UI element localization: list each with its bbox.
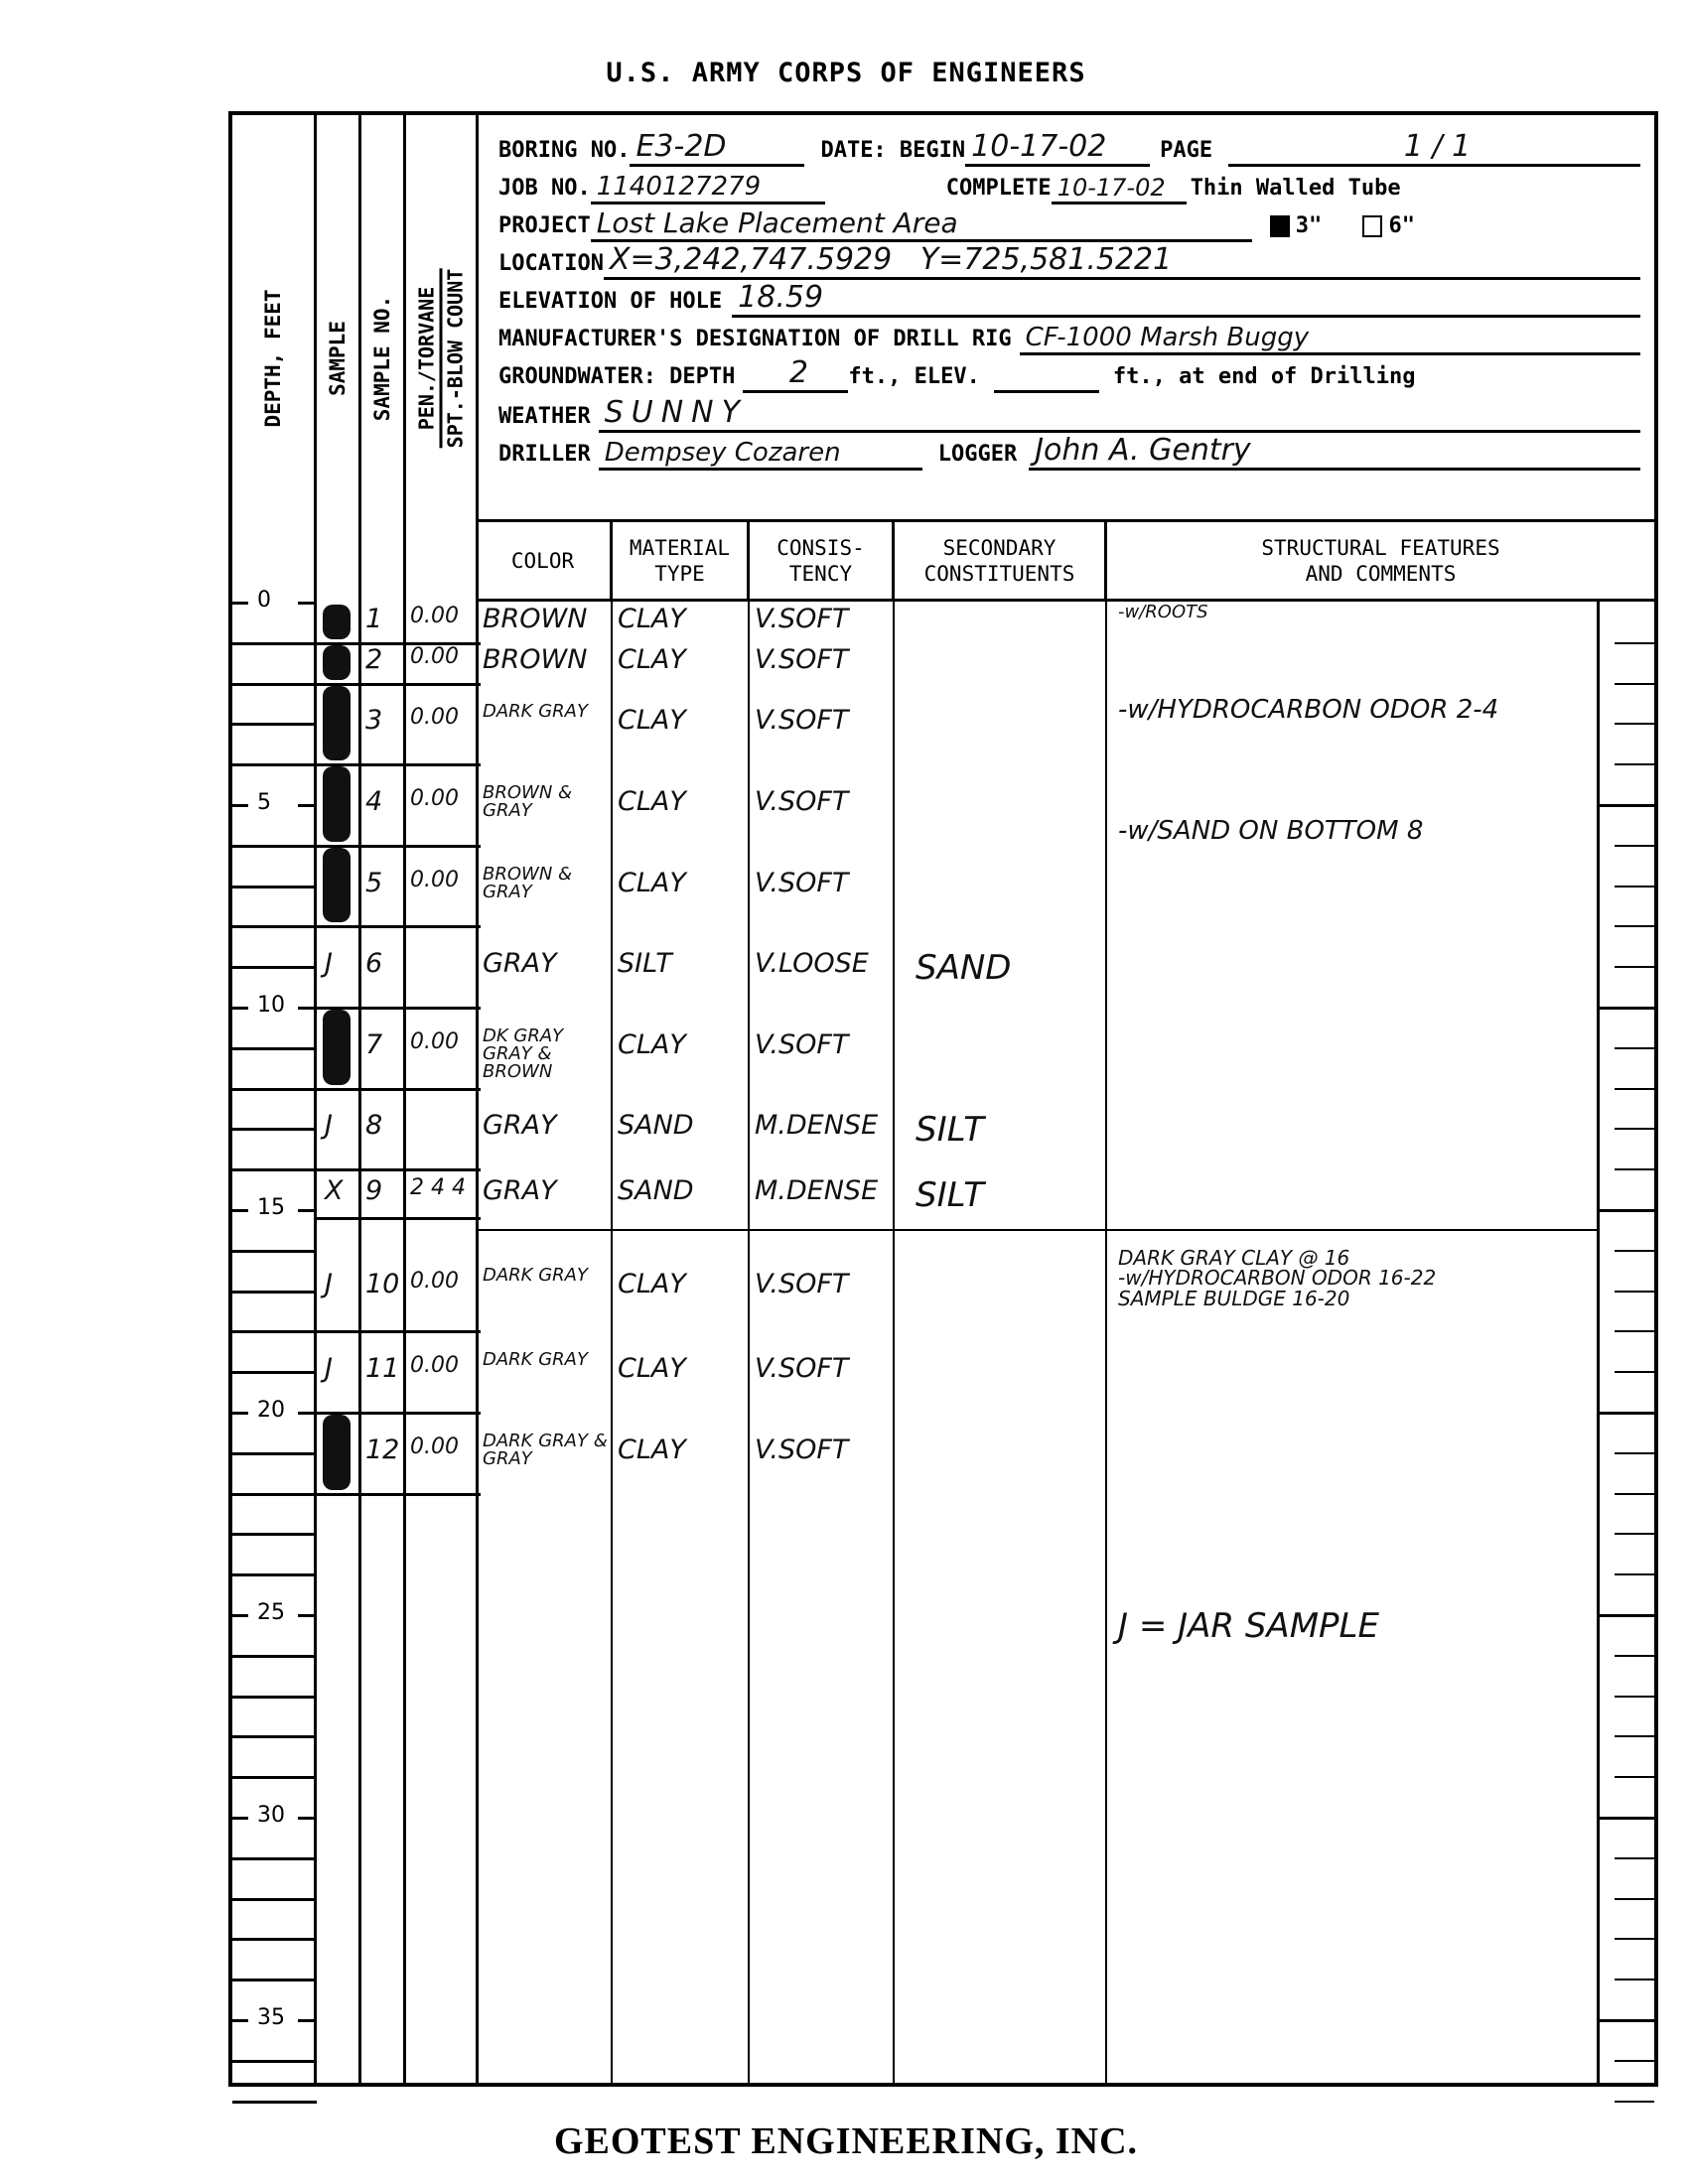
material-value: CLAY	[618, 705, 746, 736]
tube-sample-marker	[323, 848, 351, 923]
material-value: CLAY	[618, 1353, 746, 1384]
depth-label: 15	[254, 1195, 288, 1220]
secondary-header: SECONDARYCONSTITUENTS	[895, 522, 1107, 602]
sample-header: SAMPLE	[326, 321, 350, 396]
structural-header: STRUCTURAL FEATURESAND COMMENTS	[1107, 522, 1654, 602]
color-value: BROWN & GRAY	[483, 866, 609, 901]
elevation-field[interactable]: 18.59	[732, 279, 1640, 318]
material-value: CLAY	[618, 644, 746, 675]
color-value: DARK GRAY	[483, 703, 609, 721]
consistency-value: M.DENSE	[755, 1175, 891, 1206]
tube-6in-checkbox[interactable]	[1362, 215, 1382, 237]
pen-value: 0.00	[410, 604, 474, 628]
pen-value: 0.00	[410, 786, 474, 811]
spt-sample-marker: X	[325, 1175, 344, 1206]
depth-column: DEPTH, FEET	[232, 115, 317, 2083]
pen-value: 0.00	[410, 705, 474, 730]
boring-info: BORING NO. E3-2D DATE: BEGIN 10-17-02 PA…	[476, 115, 1654, 522]
material-value: CLAY	[618, 868, 746, 898]
pen-value: 0.00	[410, 1434, 474, 1459]
sample-no-column: SAMPLE NO.	[361, 115, 406, 2083]
tube-sample-marker	[323, 686, 351, 761]
driller-field[interactable]: Dempsey Cozaren	[599, 432, 922, 471]
color-value: BROWN & GRAY	[483, 784, 609, 820]
material-header: MATERIALTYPE	[613, 522, 750, 602]
sample-number: 8	[365, 1110, 404, 1141]
boring-no-field[interactable]: E3-2D	[630, 128, 804, 167]
pen-value: 0.00	[410, 1353, 474, 1378]
secondary-value: SAND	[916, 948, 1119, 988]
material-value: CLAY	[618, 1434, 746, 1465]
depth-label: 20	[254, 1398, 288, 1423]
jar-sample-marker: J	[325, 1110, 333, 1141]
consistency-value: V.SOFT	[755, 1029, 891, 1060]
date-begin-field[interactable]: 10-17-02	[965, 128, 1150, 167]
depth-header: DEPTH, FEET	[261, 289, 285, 427]
pen-value: 0.00	[410, 1029, 474, 1054]
material-value: CLAY	[618, 604, 746, 634]
sample-number: 10	[365, 1269, 404, 1299]
sample-number: 5	[365, 868, 404, 898]
material-value: CLAY	[618, 1029, 746, 1060]
material-value: SILT	[618, 948, 746, 979]
color-value: GRAY	[483, 1175, 609, 1206]
material-value: SAND	[618, 1110, 746, 1141]
sample-number: 11	[365, 1353, 404, 1384]
color-value: BROWN	[483, 604, 609, 634]
sample-number: 12	[365, 1434, 404, 1465]
groundwater-depth-field[interactable]: 2	[743, 354, 848, 393]
sample-number: 9	[365, 1175, 404, 1206]
logger-field[interactable]: John A. Gentry	[1029, 432, 1640, 471]
consistency-value: V.SOFT	[755, 1353, 891, 1384]
consistency-value: V.LOOSE	[755, 948, 891, 979]
color-value: GRAY	[483, 1110, 609, 1141]
tube-sample-marker	[323, 1415, 351, 1490]
depth-label: 30	[254, 1803, 288, 1828]
job-no-field[interactable]: 1140127279	[591, 166, 825, 205]
material-value: CLAY	[618, 1269, 746, 1299]
color-value: GRAY	[483, 948, 609, 979]
boring-log-form: DEPTH, FEET SAMPLE SAMPLE NO. PEN./TORVA…	[228, 111, 1658, 2087]
comment-text: -w/ROOTS	[1118, 602, 1208, 622]
comment-text: -w/SAND ON BOTTOM 8	[1118, 816, 1423, 846]
consistency-value: V.SOFT	[755, 644, 891, 675]
depth-label: 35	[254, 2005, 288, 2030]
color-value: DARK GRAY	[483, 1267, 609, 1285]
page-field[interactable]: 1 / 1	[1228, 128, 1640, 167]
depth-label: 0	[254, 588, 274, 613]
sample-column: SAMPLE	[317, 115, 361, 2083]
tube-sample-marker	[323, 1010, 351, 1085]
comment-text: -w/HYDROCARBON ODOR 2-4	[1118, 695, 1498, 725]
material-value: CLAY	[618, 786, 746, 817]
sample-number: 1	[365, 604, 404, 634]
pen-spt-column: PEN./TORVANE SPT.-BLOW COUNT	[406, 115, 479, 2083]
sample-number: 3	[365, 705, 404, 736]
tube-sample-marker	[323, 766, 351, 842]
pen-value: 0.00	[410, 868, 474, 892]
groundwater-elev-field[interactable]	[994, 354, 1099, 393]
consistency-value: V.SOFT	[755, 705, 891, 736]
consistency-value: V.SOFT	[755, 786, 891, 817]
consistency-value: V.SOFT	[755, 868, 891, 898]
sample-number: 2	[365, 644, 404, 675]
color-header: COLOR	[476, 522, 613, 602]
secondary-value: SILT	[916, 1175, 1119, 1215]
organization-title: U.S. ARMY CORPS OF ENGINEERS	[0, 58, 1692, 88]
jar-sample-marker: J	[325, 1269, 333, 1299]
drill-rig-field[interactable]: CF-1000 Marsh Buggy	[1020, 317, 1640, 355]
pen-value: 0.00	[410, 644, 474, 669]
sample-number: 7	[365, 1029, 404, 1060]
sample-number: 6	[365, 948, 404, 979]
depth-label: 10	[254, 993, 288, 1018]
tube-3in-checkbox[interactable]	[1270, 215, 1290, 237]
sample-no-header: SAMPLE NO.	[370, 296, 394, 421]
depth-label: 25	[254, 1600, 288, 1625]
weather-field[interactable]: SUNNY	[599, 394, 1640, 433]
color-value: DARK GRAY & GRAY	[483, 1433, 609, 1468]
date-complete-field[interactable]: 10-17-02	[1052, 166, 1187, 205]
consistency-value: M.DENSE	[755, 1110, 891, 1141]
sample-number: 4	[365, 786, 404, 817]
consistency-value: V.SOFT	[755, 1434, 891, 1465]
jar-sample-marker: J	[325, 1353, 333, 1384]
comment-text: SAMPLE BULDGE 16-20	[1118, 1287, 1349, 1310]
color-value: BROWN	[483, 644, 609, 675]
depth-label: 5	[254, 790, 274, 815]
material-value: SAND	[618, 1175, 746, 1206]
secondary-value: SILT	[916, 1110, 1119, 1150]
location-field[interactable]: X=3,242,747.5929 Y=725,581.5221	[604, 241, 1640, 280]
jar-sample-marker: J	[325, 948, 333, 979]
consistency-value: V.SOFT	[755, 1269, 891, 1299]
comment-text: J = JAR SAMPLE	[1118, 1606, 1379, 1646]
color-value: DARK GRAY	[483, 1351, 609, 1369]
consistency-header: CONSIS-TENCY	[750, 522, 895, 602]
tube-sample-marker	[323, 645, 351, 680]
company-footer: GEOTEST ENGINEERING, INC.	[0, 2119, 1692, 2163]
color-value: DK GRAY GRAY & BROWN	[483, 1027, 609, 1081]
consistency-value: V.SOFT	[755, 604, 891, 634]
pen-value: 2 4 4	[410, 1175, 474, 1200]
pen-value: 0.00	[410, 1269, 474, 1294]
pen-spt-header: PEN./TORVANE SPT.-BLOW COUNT	[414, 269, 469, 449]
tube-sample-marker	[323, 605, 351, 639]
project-field[interactable]: Lost Lake Placement Area	[591, 204, 1252, 242]
